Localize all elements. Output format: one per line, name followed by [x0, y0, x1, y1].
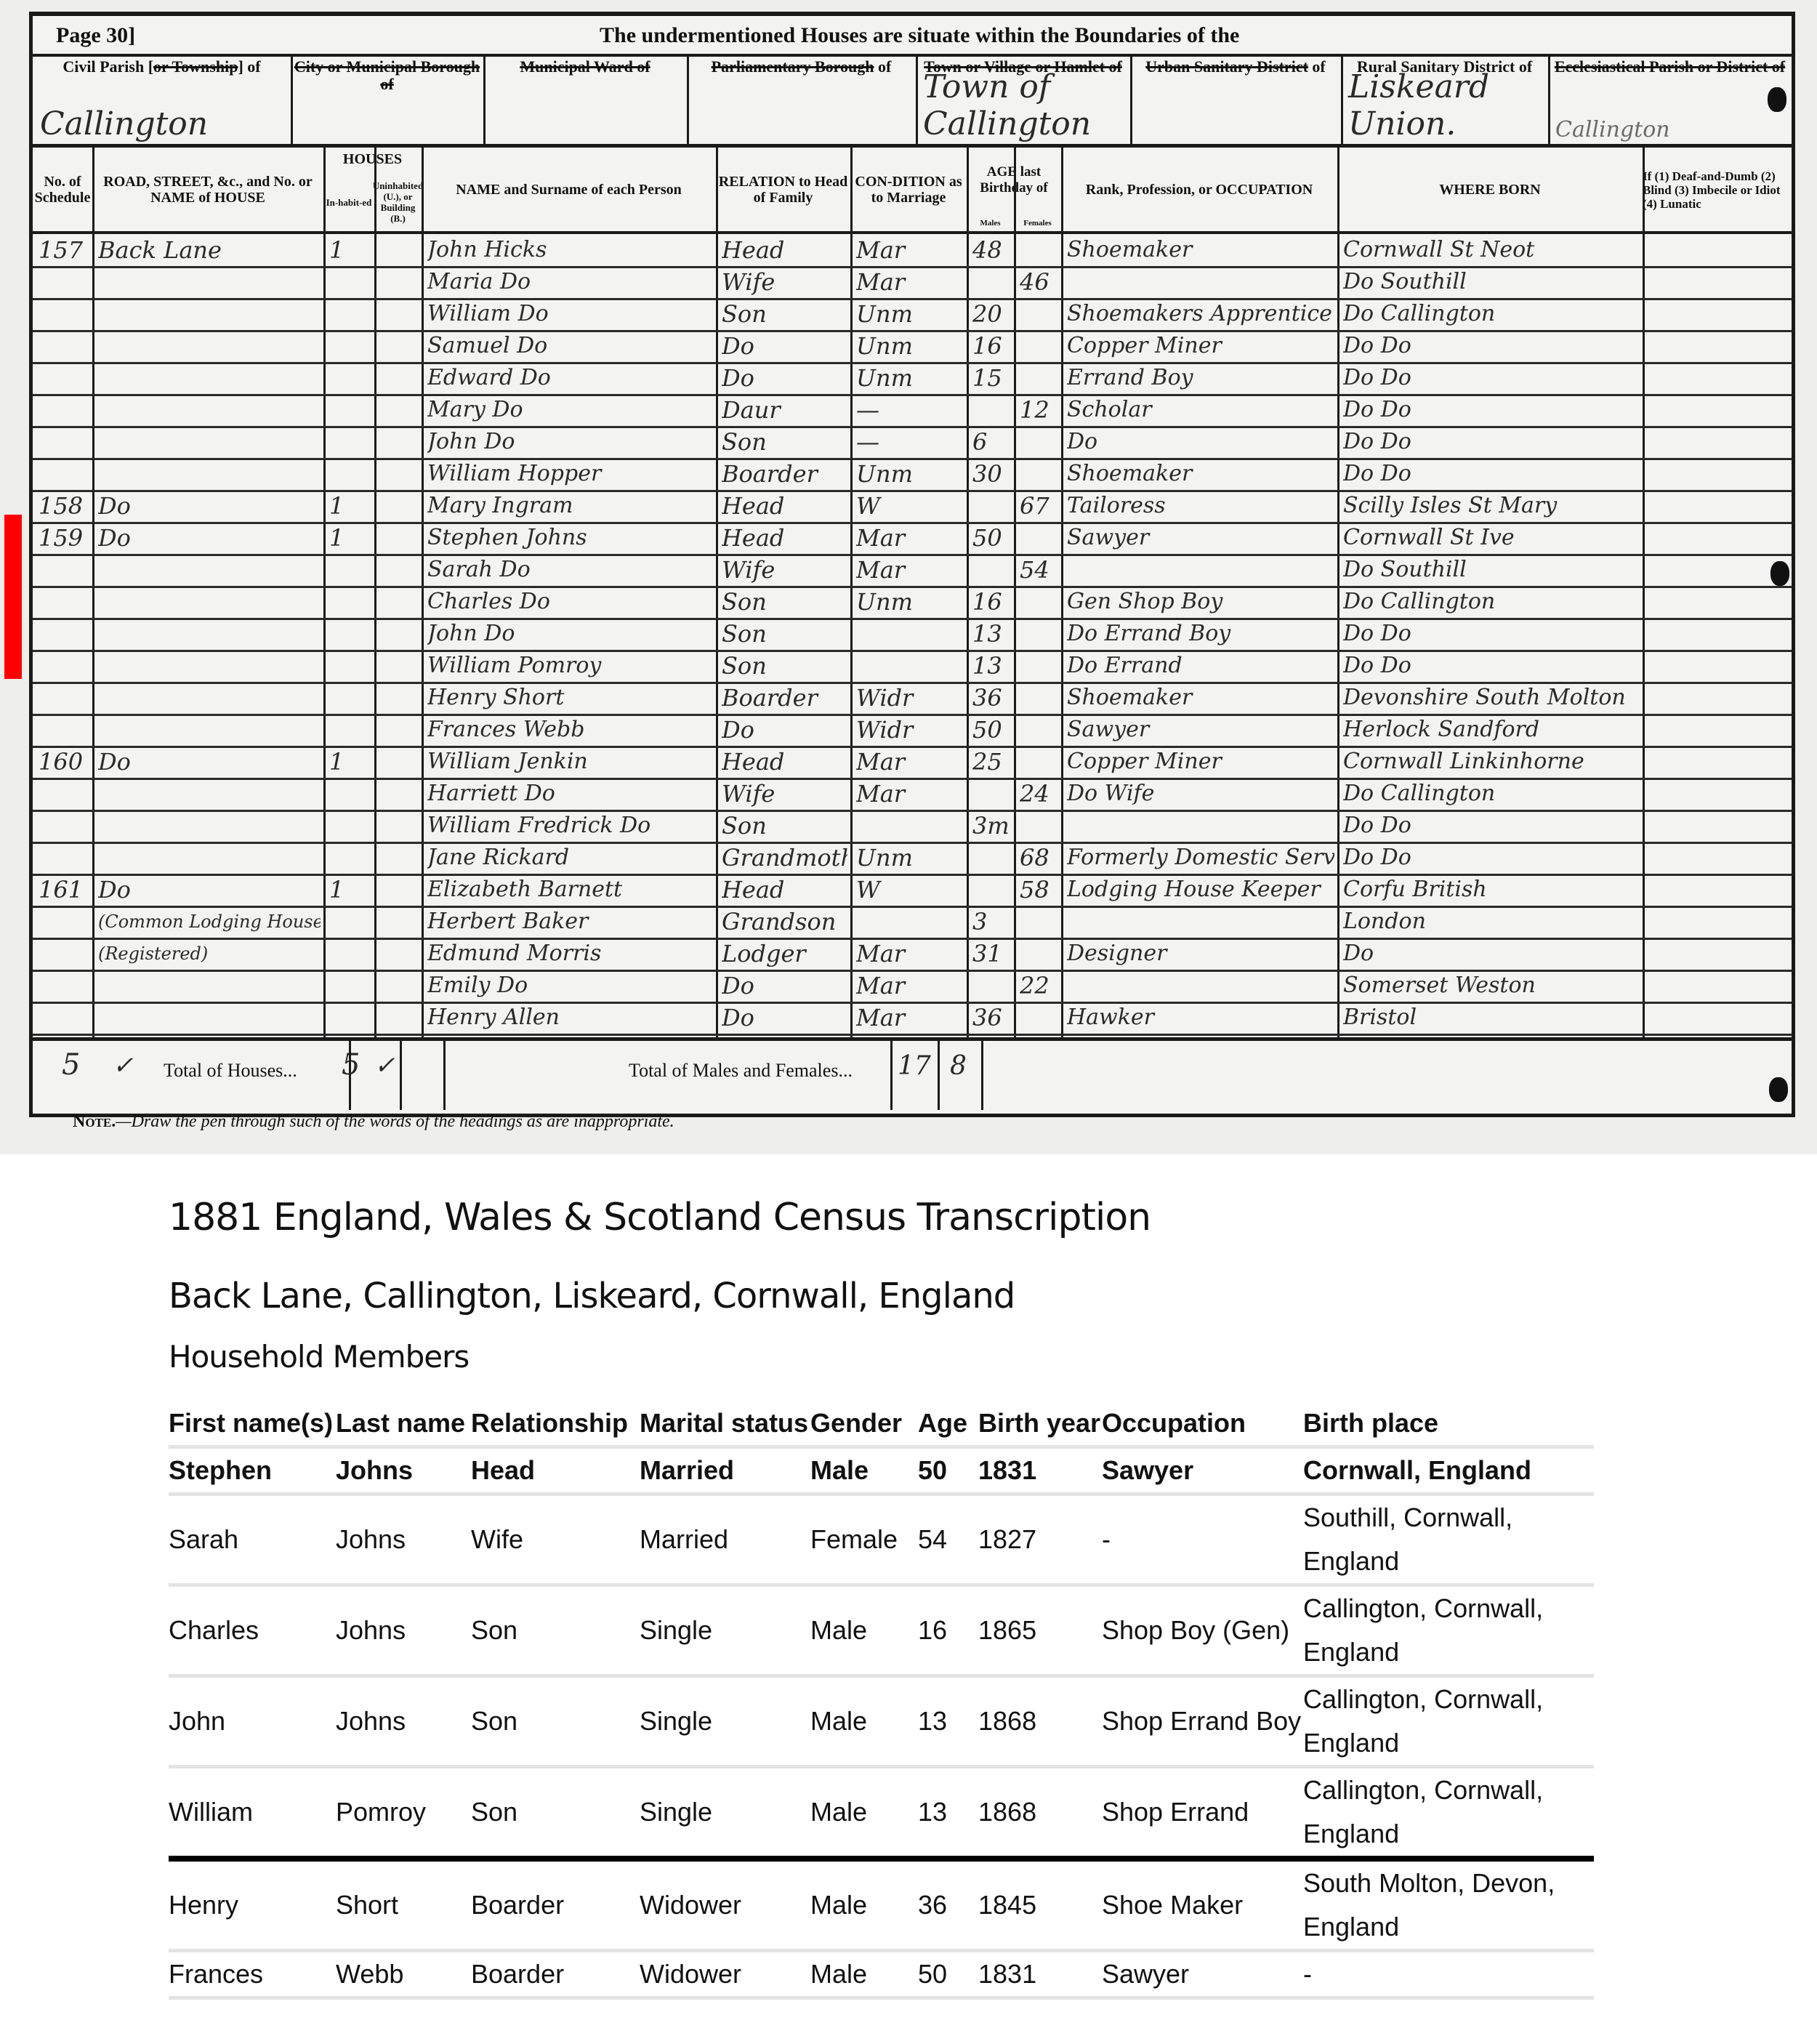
cell-born: Do Southill: [1343, 554, 1640, 586]
cell-road: Do: [98, 522, 321, 554]
cell-condition: Unm: [856, 362, 964, 394]
cell-gender: Male: [810, 1767, 918, 1859]
cell-first: Sarah: [169, 1494, 336, 1585]
table-row: StephenJohnsHeadMarriedMale501831SawyerC…: [169, 1447, 1594, 1494]
cell-born: Do Callington: [1343, 298, 1640, 330]
cell-relation: Do: [722, 714, 847, 746]
cell-road: Do: [98, 746, 321, 778]
header-road: ROAD, STREET, &c., and No. or NAME of HO…: [92, 147, 323, 233]
census-row: John DoSon13Do Errand BoyDo Do: [33, 618, 1792, 652]
cell-relation: Grandmother: [722, 842, 847, 874]
cell-born: Cornwall St Ive: [1343, 522, 1640, 554]
cell-name: Elizabeth Barnett: [427, 874, 713, 906]
cell-relation: Boarder: [722, 682, 847, 714]
cell-occupation: Errand Boy: [1067, 362, 1334, 394]
cell-name: William Pomroy: [427, 650, 713, 682]
cell-condition: Mar: [856, 234, 964, 266]
note-text: —Draw the pen through such of the words …: [116, 1112, 674, 1131]
header-uninhabited: Uninhabited (U.), or Building (B.): [374, 172, 422, 233]
cell-age: 13: [918, 1767, 978, 1859]
cell-inhabited: 1: [329, 746, 371, 778]
cell-male-age: 25: [972, 746, 1011, 778]
cell-age: 50: [918, 1951, 978, 1998]
cell-relation: Do: [722, 1002, 847, 1034]
cell-name: John Do: [427, 426, 713, 458]
cell-female-age: 12: [1020, 394, 1058, 426]
cell-age: 16: [918, 1585, 978, 1676]
cell-born: Do Do: [1343, 650, 1640, 682]
cell-name: Emily Do: [427, 970, 713, 1002]
cell-occupation: Shop Errand Boy: [1102, 1676, 1303, 1767]
cell-relation: Head: [722, 234, 847, 266]
cell-condition: Mar: [856, 1002, 964, 1034]
cell-relationship: Son: [471, 1585, 640, 1676]
cell-born: Do Do: [1343, 842, 1640, 874]
cell-gender: Male: [810, 1951, 918, 1998]
cell-birth-place: South Molton, Devon, England: [1303, 1859, 1594, 1951]
col-last-name: Last name: [336, 1401, 471, 1447]
cell-born: Do Do: [1343, 426, 1640, 458]
district-box: Rural Sanitary District ofLiskeard Union…: [1341, 58, 1548, 145]
cell-female-age: 58: [1020, 874, 1058, 906]
cell-marital: Single: [640, 1767, 810, 1859]
cell-born: Devonshire South Molton: [1343, 682, 1640, 714]
cell-born: Do Callington: [1343, 778, 1640, 810]
header-relation: RELATION to Head of Family: [716, 147, 850, 233]
cell-name: William Jenkin: [427, 746, 713, 778]
cell-relation: Son: [722, 426, 847, 458]
col-gender: Gender: [810, 1401, 918, 1447]
cell-first: John: [169, 1676, 336, 1767]
cell-name: Harriett Do: [427, 778, 713, 810]
cell-relation: Son: [722, 810, 847, 842]
cell-male-age: 50: [972, 522, 1011, 554]
cell-male-age: 30: [972, 458, 1011, 490]
cell-occupation: Do Errand: [1067, 650, 1334, 682]
cell-gender: Male: [810, 1585, 918, 1676]
district-box: Town or Village or Hamlet ofTown of Call…: [916, 58, 1130, 145]
ink-blot-icon: [1768, 87, 1786, 112]
cell-first: Henry: [169, 1859, 336, 1951]
cell-born: Do: [1343, 938, 1640, 970]
census-row: Frances WebbDoWidr50SawyerHerlock Sandfo…: [33, 714, 1792, 748]
cell-relationship: Boarder: [471, 1951, 640, 1998]
census-row: Jane RickardGrandmotherUnm68Formerly Dom…: [33, 842, 1792, 876]
cell-occupation: Shoemakers Apprentice: [1067, 298, 1334, 330]
cell-birth-place: Callington, Cornwall, England: [1303, 1676, 1594, 1767]
cell-age: 54: [918, 1494, 978, 1585]
cell-age: 50: [918, 1447, 978, 1494]
cell-relation: Head: [722, 746, 847, 778]
divider: [1130, 54, 1132, 145]
census-row: Mary DoDaur—12ScholarDo Do: [33, 394, 1792, 428]
cell-marital: Single: [640, 1585, 810, 1676]
census-row: William Fredrick DoSon3mDo Do: [33, 810, 1792, 844]
district-box: Municipal Ward of: [483, 58, 687, 145]
cell-schedule: 159: [39, 522, 89, 554]
header-infirmity: If (1) Deaf-and-Dumb (2) Blind (3) Imbec…: [1643, 147, 1792, 233]
cell-name: Stephen Johns: [427, 522, 713, 554]
census-row: Henry ShortBoarderWidr36ShoemakerDevonsh…: [33, 682, 1792, 716]
census-row: Edward DoDoUnm15Errand BoyDo Do: [33, 362, 1792, 396]
cell-occupation: Shop Boy (Gen): [1102, 1585, 1303, 1676]
cell-name: John Do: [427, 618, 713, 650]
cell-occupation: Shoemaker: [1067, 234, 1334, 266]
cell-name: John Hicks: [427, 234, 713, 266]
cell-occupation: Sawyer: [1067, 714, 1334, 746]
cell-relation: Wife: [722, 266, 847, 298]
cell-last: Webb: [336, 1951, 471, 1998]
cell-marital: Married: [640, 1494, 810, 1585]
census-row: Henry AllenDoMar36HawkerBristol: [33, 1002, 1792, 1036]
cell-gender: Male: [810, 1676, 918, 1767]
cell-schedule: 157: [39, 234, 89, 266]
cell-age: 13: [918, 1676, 978, 1767]
cell-birth-year: 1831: [978, 1951, 1102, 1998]
cell-female-age: 22: [1020, 970, 1058, 1002]
cell-born: Do Do: [1343, 618, 1640, 650]
males-total: 17: [898, 1051, 931, 1081]
cell-relation: Daur: [722, 394, 847, 426]
cell-name: Jane Rickard: [427, 842, 713, 874]
transcription-title: 1881 England, Wales & Scotland Census Tr…: [169, 1196, 1151, 1239]
cell-born: Do Callington: [1343, 586, 1640, 618]
cell-occupation: Sawyer: [1102, 1951, 1303, 1998]
district-label: Urban Sanitary District of: [1130, 58, 1341, 76]
cell-last: Johns: [336, 1676, 471, 1767]
cell-occupation: Shoemaker: [1067, 458, 1334, 490]
cell-born: Cornwall St Neot: [1343, 234, 1640, 266]
cell-condition: Unm: [856, 330, 964, 362]
census-row: Charles DoSonUnm16Gen Shop BoyDo Calling…: [33, 586, 1792, 620]
table-row: HenryShortBoarderWidowerMale361845Shoe M…: [169, 1859, 1594, 1951]
cell-born: Somerset Weston: [1343, 970, 1640, 1002]
census-row: 159Do1Stephen JohnsHeadMar50SawyerCornwa…: [33, 522, 1792, 556]
cell-schedule: 158: [39, 490, 89, 522]
cell-relationship: Wife: [471, 1494, 640, 1585]
census-row: John DoSon—6DoDo Do: [33, 426, 1792, 460]
cell-road: (Common Lodging House): [98, 906, 321, 938]
cell-first: Charles: [169, 1585, 336, 1676]
cell-relation: Son: [722, 298, 847, 330]
ink-blot-icon: [1769, 1077, 1788, 1102]
cell-last: Pomroy: [336, 1767, 471, 1859]
cell-condition: Unm: [856, 842, 964, 874]
cell-last: Short: [336, 1859, 471, 1951]
cell-born: Scilly Isles St Mary: [1343, 490, 1640, 522]
census-row: Sarah DoWifeMar54Do Southill: [33, 554, 1792, 588]
cell-birth-year: 1831: [978, 1447, 1102, 1494]
cell-birth-year: 1845: [978, 1859, 1102, 1951]
cell-occupation: Hawker: [1067, 1002, 1334, 1034]
cell-occupation: Shoe Maker: [1102, 1859, 1303, 1951]
cell-first: Stephen: [169, 1447, 336, 1494]
district-label: Parliamentary Borough of: [687, 58, 916, 76]
cell-name: William Fredrick Do: [427, 810, 713, 842]
district-value: Callington: [1555, 117, 1670, 142]
district-label: Municipal Ward of: [483, 58, 687, 76]
cell-name: Edward Do: [427, 362, 713, 394]
cell-last: Johns: [336, 1494, 471, 1585]
census-row: (Common Lodging House)Herbert BakerGrand…: [33, 906, 1792, 940]
address-heading: Back Lane, Callington, Liskeard, Cornwal…: [169, 1276, 1015, 1316]
cell-male-age: 20: [972, 298, 1011, 330]
cell-born: Herlock Sandford: [1343, 714, 1640, 746]
cell-birth-place: Callington, Cornwall, England: [1303, 1585, 1594, 1676]
cell-male-age: 13: [972, 650, 1011, 682]
cell-name: Samuel Do: [427, 330, 713, 362]
cell-condition: W: [856, 490, 964, 522]
census-page-scan: Page 30] The undermentioned Houses are s…: [0, 0, 1817, 1154]
cell-birth-place: Southill, Cornwall, England: [1303, 1494, 1594, 1585]
table-row: FrancesWebbBoarderWidowerMale501831Sawye…: [169, 1951, 1594, 1998]
cell-name: Henry Short: [427, 682, 713, 714]
cell-relation: Head: [722, 490, 847, 522]
cell-last: Johns: [336, 1447, 471, 1494]
cell-name: Mary Ingram: [427, 490, 713, 522]
cell-occupation: Sawyer: [1067, 522, 1334, 554]
cell-male-age: 16: [972, 330, 1011, 362]
census-row: (Registered)Edmund MorrisLodgerMar31Desi…: [33, 938, 1792, 972]
header-inhabited: In-habit-ed: [323, 172, 374, 233]
cell-relation: Lodger: [722, 938, 847, 970]
cell-occupation: Gen Shop Boy: [1067, 586, 1334, 618]
district-box: City or Municipal Borough of: [291, 58, 483, 145]
cell-first: Frances: [169, 1951, 336, 1998]
cell-born: Cornwall Linkinhorne: [1343, 746, 1640, 778]
cell-birth-place: -: [1303, 1951, 1594, 1998]
cell-male-age: 3m: [972, 810, 1011, 842]
household-members-table: First name(s) Last name Relationship Mar…: [169, 1401, 1594, 2000]
cell-condition: W: [856, 874, 964, 906]
cell-occupation: Do Errand Boy: [1067, 618, 1334, 650]
cell-male-age: 16: [972, 586, 1011, 618]
cell-relation: Grandson: [722, 906, 847, 938]
cell-name: Herbert Baker: [427, 906, 713, 938]
cell-male-age: 6: [972, 426, 1011, 458]
cell-condition: Widr: [856, 682, 964, 714]
census-form: Page 30] The undermentioned Houses are s…: [29, 12, 1795, 1117]
check-mark-icon: ✓: [113, 1051, 134, 1080]
form-note: Note.—Draw the pen through such of the w…: [73, 1112, 674, 1132]
ink-blot-icon: [1770, 561, 1789, 586]
header-females: Females: [1014, 214, 1061, 233]
district-label: Ecclesiastical Parish or District of: [1548, 58, 1792, 76]
divider: [1341, 54, 1343, 145]
cell-relation: Son: [722, 618, 847, 650]
divider: [687, 54, 689, 145]
cell-male-age: 13: [972, 618, 1011, 650]
cell-road: Back Lane: [98, 234, 321, 266]
district-box: Ecclesiastical Parish or District ofCall…: [1548, 58, 1792, 145]
cell-relation: Son: [722, 650, 847, 682]
census-row: 161Do1Elizabeth BarnettHeadW58Lodging Ho…: [33, 874, 1792, 908]
cell-male-age: 36: [972, 1002, 1011, 1034]
houses-count: 5: [62, 1048, 80, 1082]
cell-occupation: Scholar: [1067, 394, 1334, 426]
cell-occupation: Do Wife: [1067, 778, 1334, 810]
note-prefix: Note.: [73, 1112, 116, 1131]
district-box: Parliamentary Borough of: [687, 58, 916, 145]
cell-condition: Mar: [856, 778, 964, 810]
cell-condition: Mar: [856, 970, 964, 1002]
cell-last: Johns: [336, 1585, 471, 1676]
header-where-born: WHERE BORN: [1337, 147, 1643, 233]
census-row: William DoSonUnm20Shoemakers ApprenticeD…: [33, 298, 1792, 332]
cell-female-age: 54: [1020, 554, 1058, 586]
cell-born: Corfu British: [1343, 874, 1640, 906]
cell-female-age: 24: [1020, 778, 1058, 810]
cell-born: Do Do: [1343, 330, 1640, 362]
census-row: William HopperBoarderUnm30ShoemakerDo Do: [33, 458, 1792, 492]
district-label: City or Municipal Borough of: [291, 58, 483, 93]
cell-marital: Single: [640, 1676, 810, 1767]
cell-relation: Wife: [722, 554, 847, 586]
district-label: Civil Parish [or Township] of: [33, 58, 291, 76]
cell-relationship: Son: [471, 1676, 640, 1767]
cell-born: Do Southill: [1343, 266, 1640, 298]
col-marital-status: Marital status: [640, 1401, 810, 1447]
cell-male-age: 50: [972, 714, 1011, 746]
cell-birth-place: Cornwall, England: [1303, 1447, 1594, 1494]
table-row: WilliamPomroySonSingleMale131868Shop Err…: [169, 1767, 1594, 1859]
census-row: Maria DoWifeMar46Do Southill: [33, 266, 1792, 300]
divider: [1548, 54, 1550, 145]
census-row: 158Do1Mary IngramHeadW67TailoressScilly …: [33, 490, 1792, 524]
cell-condition: Widr: [856, 714, 964, 746]
col-birth-place: Birth place: [1303, 1401, 1594, 1447]
houses-label: Total of Houses...: [164, 1060, 297, 1082]
cell-born: Do Do: [1343, 394, 1640, 426]
cell-occupation: Shoemaker: [1067, 682, 1334, 714]
cell-condition: Mar: [856, 938, 964, 970]
cell-condition: Mar: [856, 746, 964, 778]
col-occupation: Occupation: [1102, 1401, 1303, 1447]
header-schedule: No. of Schedule: [33, 147, 92, 233]
cell-name: Sarah Do: [427, 554, 713, 586]
cell-name: Edmund Morris: [427, 938, 713, 970]
cell-gender: Male: [810, 1447, 918, 1494]
cell-occupation: Designer: [1067, 938, 1334, 970]
census-row: 160Do1William JenkinHeadMar25Copper Mine…: [33, 746, 1792, 780]
cell-condition: Unm: [856, 586, 964, 618]
census-row: Samuel DoDoUnm16Copper MinerDo Do: [33, 330, 1792, 364]
cell-inhabited: 1: [329, 522, 371, 554]
cell-male-age: 3: [972, 906, 1011, 938]
cell-birth-year: 1827: [978, 1494, 1102, 1585]
cell-female-age: 67: [1020, 490, 1058, 522]
cell-occupation: Shop Errand: [1102, 1767, 1303, 1859]
cell-inhabited: 1: [329, 490, 371, 522]
district-box: Civil Parish [or Township] ofCallington: [33, 58, 291, 145]
cell-occupation: Lodging House Keeper: [1067, 874, 1334, 906]
cell-name: William Hopper: [427, 458, 713, 490]
cell-road: (Registered): [98, 938, 321, 970]
cell-relation: Do: [722, 970, 847, 1002]
cell-male-age: 15: [972, 362, 1011, 394]
census-row: 157Back Lane1John HicksHeadMar48Shoemake…: [33, 234, 1792, 268]
cell-occupation: Sawyer: [1102, 1447, 1303, 1494]
cell-birth-year: 1868: [978, 1676, 1102, 1767]
cell-marital: Married: [640, 1447, 810, 1494]
cell-relationship: Son: [471, 1767, 640, 1859]
cell-born: Do Do: [1343, 458, 1640, 490]
cell-occupation: Copper Miner: [1067, 330, 1334, 362]
cell-occupation: Do: [1067, 426, 1334, 458]
cell-born: Do Do: [1343, 362, 1640, 394]
cell-relationship: Boarder: [471, 1859, 640, 1951]
cell-condition: —: [856, 394, 964, 426]
cell-name: Frances Webb: [427, 714, 713, 746]
cell-born: Do Do: [1343, 810, 1640, 842]
cell-first: William: [169, 1767, 336, 1859]
household-heading: Household Members: [169, 1339, 469, 1375]
cell-relation: Son: [722, 586, 847, 618]
district-value: Callington: [40, 105, 208, 142]
table-row: SarahJohnsWifeMarriedFemale541827-Southi…: [169, 1494, 1594, 1585]
census-row: William PomroySon13Do ErrandDo Do: [33, 650, 1792, 684]
cell-condition: Mar: [856, 266, 964, 298]
census-row: Emily DoDoMar22Somerset Weston: [33, 970, 1792, 1004]
divider: [291, 54, 293, 145]
cell-relation: Head: [722, 522, 847, 554]
check-mark-icon: ✓: [374, 1051, 395, 1080]
cell-condition: Unm: [856, 298, 964, 330]
cell-condition: Unm: [856, 458, 964, 490]
cell-born: Bristol: [1343, 1002, 1640, 1034]
cell-occupation: Copper Miner: [1067, 746, 1334, 778]
cell-road: Do: [98, 490, 321, 522]
cell-road: Do: [98, 874, 321, 906]
totals-row: 5 ✓ Total of Houses... 5 ✓ Total of Male…: [33, 1037, 1792, 1110]
cell-name: Charles Do: [427, 586, 713, 618]
cell-name: William Do: [427, 298, 713, 330]
cell-relation: Boarder: [722, 458, 847, 490]
header-occupation: Rank, Profession, or OCCUPATION: [1061, 147, 1337, 233]
cell-inhabited: 1: [329, 874, 371, 906]
cell-gender: Male: [810, 1859, 918, 1951]
col-first-name: First name(s): [169, 1401, 336, 1447]
cell-occupation: Tailoress: [1067, 490, 1334, 522]
cell-born: London: [1343, 906, 1640, 938]
cell-condition: Mar: [856, 522, 964, 554]
cell-female-age: 68: [1020, 842, 1058, 874]
cell-marital: Widower: [640, 1951, 810, 1998]
cell-schedule: 160: [39, 746, 89, 778]
cell-birth-place: Callington, Cornwall, England: [1303, 1767, 1594, 1859]
cell-occupation: -: [1102, 1494, 1303, 1585]
district-value: Liskeard Union.: [1348, 68, 1548, 142]
cell-male-age: 36: [972, 682, 1011, 714]
cell-relation: Do: [722, 330, 847, 362]
cell-schedule: 161: [39, 874, 89, 906]
persons-label: Total of Males and Females...: [629, 1060, 853, 1082]
divider: [483, 54, 486, 145]
cell-name: Maria Do: [427, 266, 713, 298]
cell-birth-year: 1868: [978, 1767, 1102, 1859]
cell-occupation: Formerly Domestic Serv: [1067, 842, 1334, 874]
district-value: Town of Callington: [923, 68, 1130, 142]
table-row: JohnJohnsSonSingleMale131868Shop Errand …: [169, 1676, 1594, 1767]
boundary-title: The undermentioned Houses are situate wi…: [600, 23, 1239, 48]
col-age: Age: [918, 1401, 978, 1447]
cell-relationship: Head: [471, 1447, 640, 1494]
cell-female-age: 46: [1020, 266, 1058, 298]
cell-inhabited: 1: [329, 234, 371, 266]
col-birth-year: Birth year: [978, 1401, 1102, 1447]
census-row: Harriett DoWifeMar24Do WifeDo Callington: [33, 778, 1792, 812]
highlight-marker: [4, 515, 22, 679]
